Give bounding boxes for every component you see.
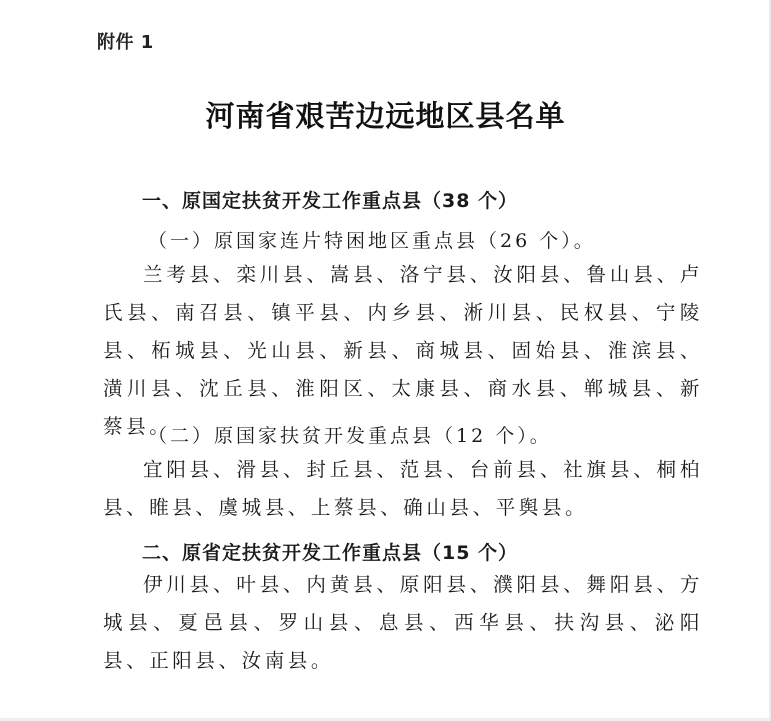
document-page: 附件 1 河南省艰苦边远地区县名单 一、原国定扶贫开发工作重点县（38 个） （… bbox=[0, 0, 771, 721]
section-heading-2: 二、原省定扶贫开发工作重点县（15 个） bbox=[142, 538, 518, 565]
subsection-heading-1-2: （二）原国家扶贫开发重点县（12 个）。 bbox=[148, 421, 552, 448]
section-heading-1: 一、原国定扶贫开发工作重点县（38 个） bbox=[142, 186, 518, 213]
county-list-1-1: 兰考县、栾川县、嵩县、洛宁县、汝阳县、鲁山县、卢氏县、南召县、镇平县、内乡县、淅… bbox=[103, 256, 703, 446]
county-list-2: 伊川县、叶县、内黄县、原阳县、濮阳县、舞阳县、方城县、夏邑县、罗山县、息县、西华… bbox=[103, 566, 703, 680]
county-list-1-2: 宜阳县、滑县、封丘县、范县、台前县、社旗县、桐柏县、睢县、虞城县、上蔡县、确山县… bbox=[103, 451, 703, 527]
subsection-heading-1-1: （一）原国家连片特困地区重点县（26 个）。 bbox=[148, 226, 596, 253]
attachment-label: 附件 1 bbox=[97, 28, 154, 54]
document-title: 河南省艰苦边远地区县名单 bbox=[0, 94, 771, 135]
